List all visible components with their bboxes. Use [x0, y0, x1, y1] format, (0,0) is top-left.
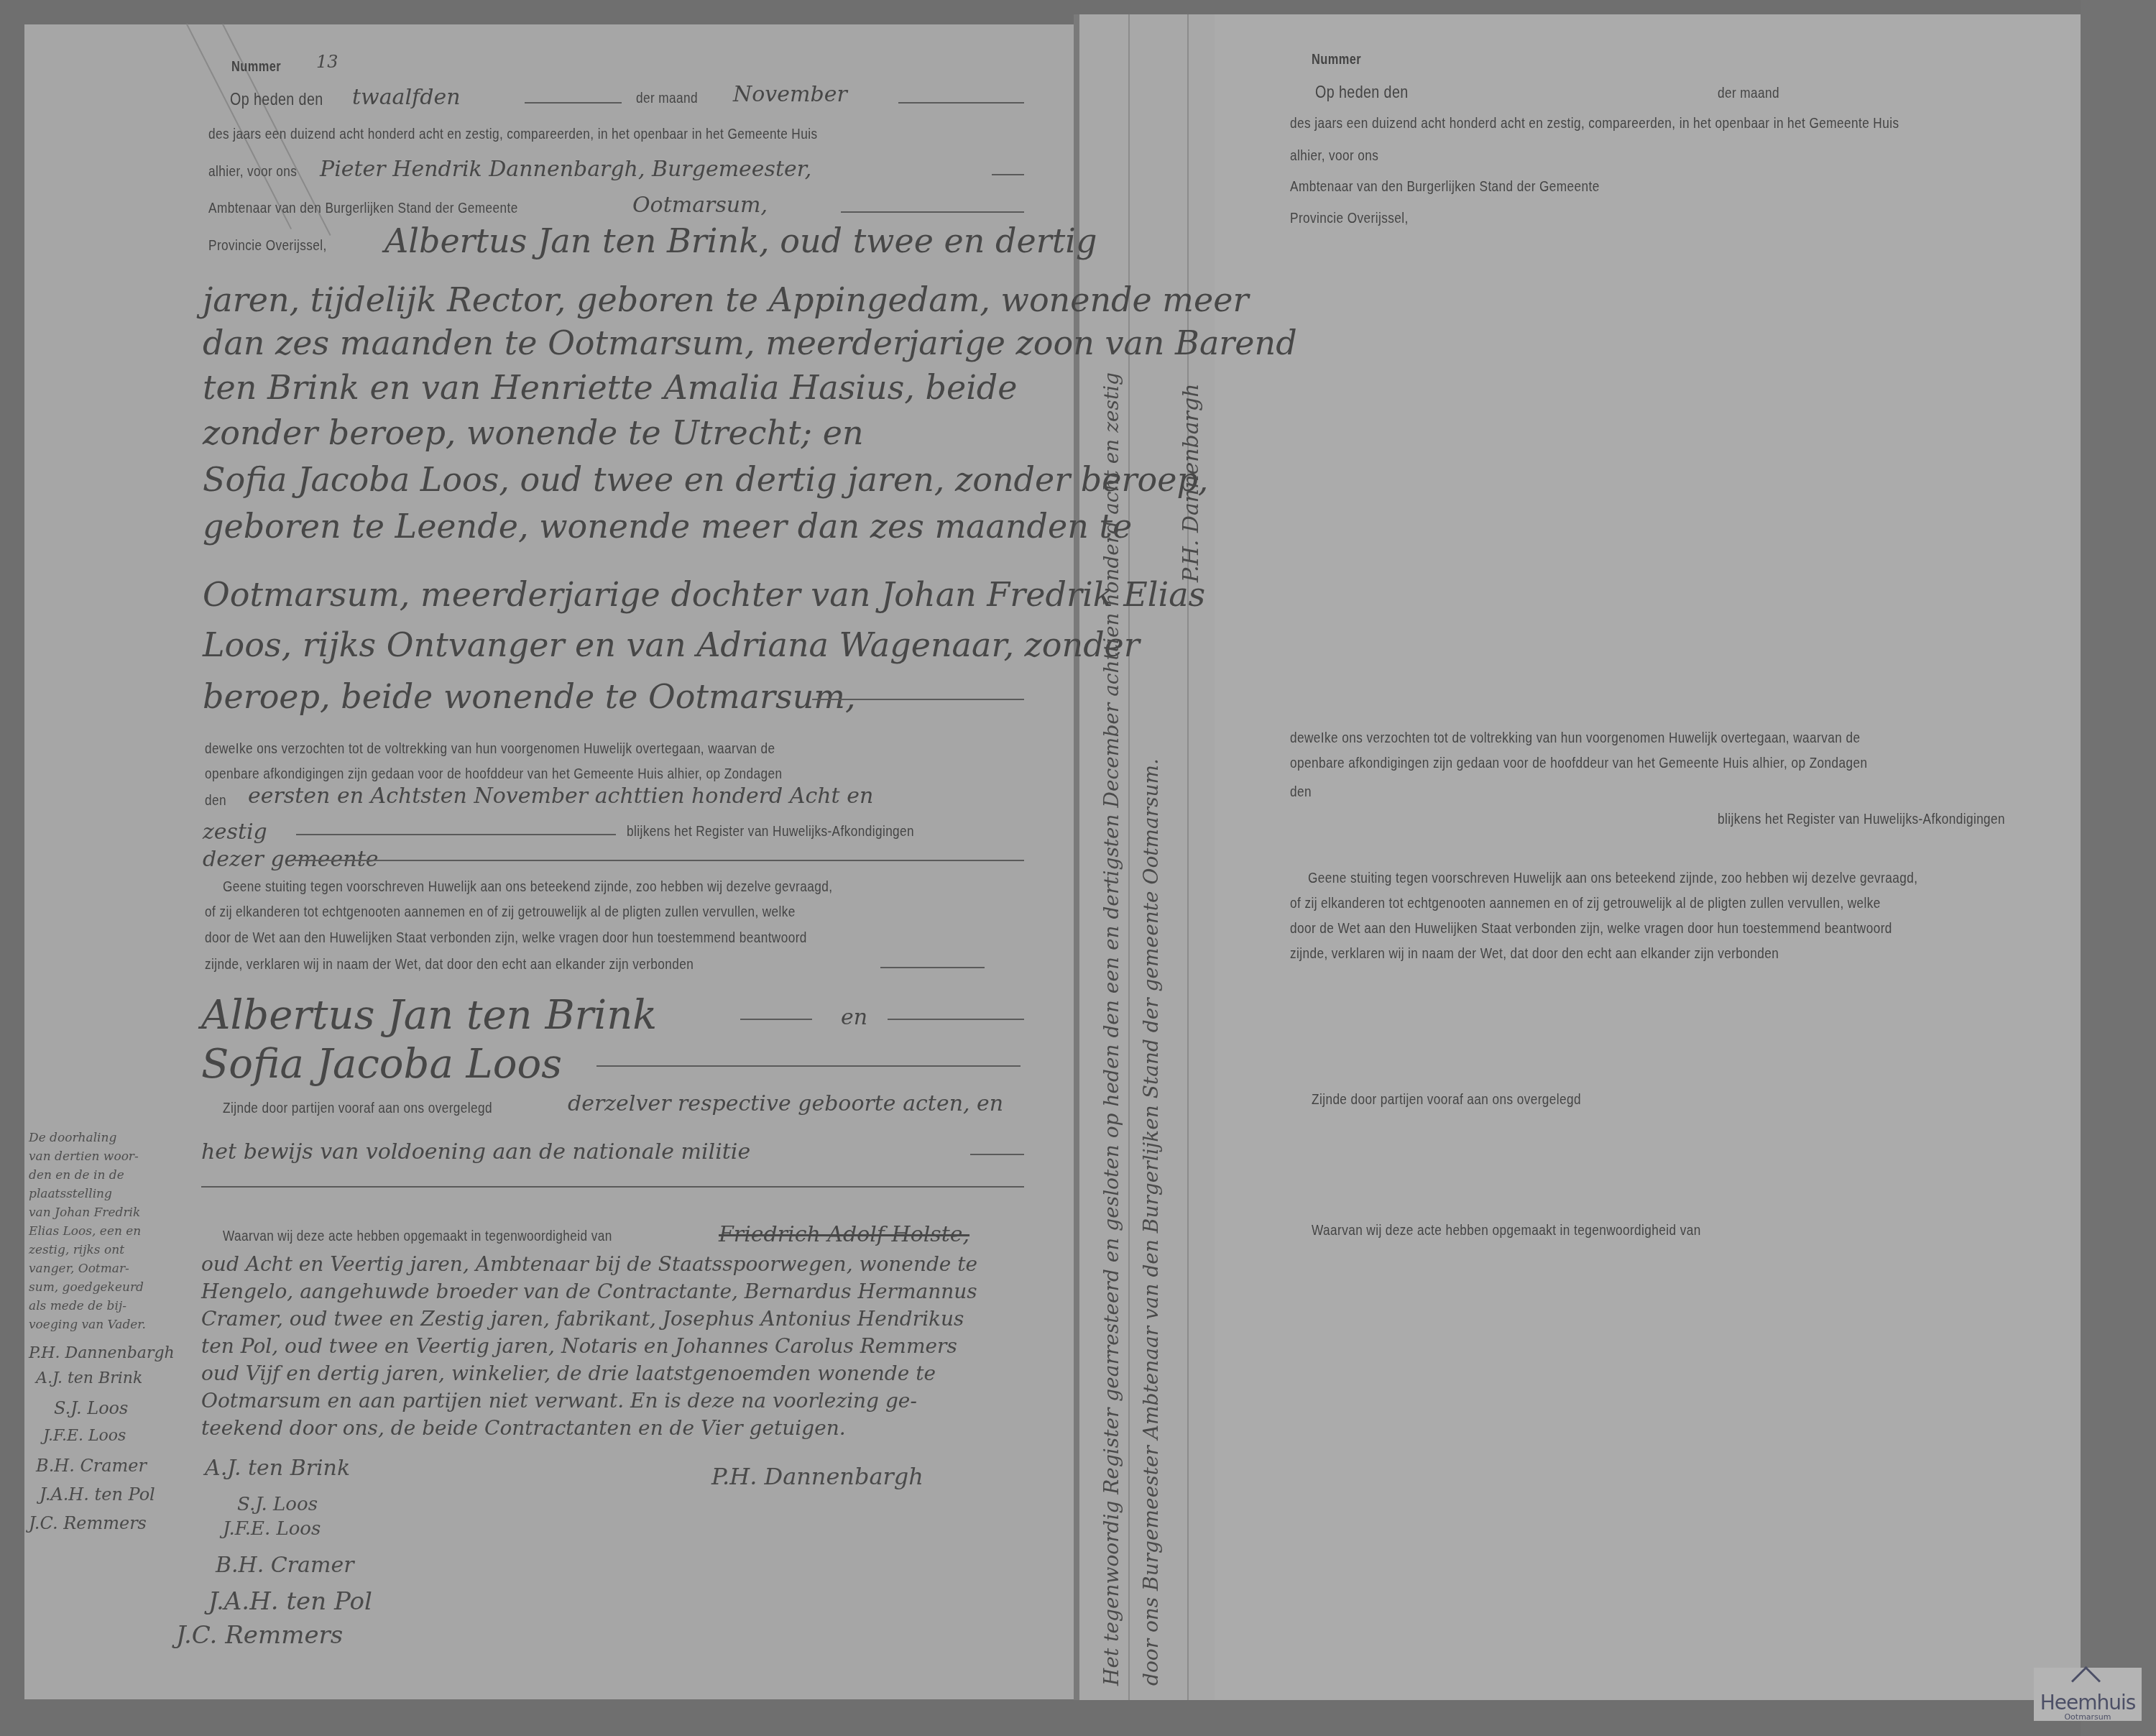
note-line: den en de in de [29, 1168, 124, 1182]
fill-rule [970, 1154, 1024, 1155]
note-line: van Johan Fredrik [29, 1205, 140, 1220]
para2-den: den [205, 792, 226, 809]
bride-name: Sofia Jacoba Loos [201, 1041, 562, 1088]
signature: J.A.H. ten Pol [208, 1587, 372, 1616]
line3-right: alhier, voor ons [1290, 147, 1378, 165]
line1-prefix-right: Op heden den [1315, 83, 1409, 103]
registrar-name: Pieter Hendrik Dannenbargh, Burgemeester… [320, 157, 811, 182]
line1-month-label: der maand [636, 90, 698, 107]
note-line: De doorhaling [29, 1131, 116, 1145]
note-line: als mede de bij- [29, 1299, 126, 1313]
para2-line: deweIke ons verzochten tot de voltrekkin… [205, 740, 775, 758]
para2-line-right: openbare afkondigingen zijn gedaan voor … [1290, 755, 1867, 772]
note-line: sum, goedgekeurd [29, 1280, 144, 1295]
closing-note-line2: door ons Burgemeester Ambtenaar van den … [1139, 758, 1163, 1686]
body-line: geboren te Leende, wonende meer dan zes … [203, 507, 1132, 546]
para4-right: Zijnde door partijen vooraf aan ons over… [1312, 1091, 1581, 1108]
note-signature: B.H. Cramer [36, 1456, 147, 1476]
para2-line-right: den [1290, 784, 1312, 801]
closing-note-line1: Het tegenwoordig Register gearresteerd e… [1100, 372, 1123, 1686]
fill-rule [740, 1019, 812, 1020]
witness-line: Hengelo, aangehuwde broeder van de Contr… [201, 1280, 977, 1303]
note-line: zestig, rijks ont [29, 1243, 124, 1257]
logo-place: Ootmarsum [2034, 1712, 2142, 1722]
heemhuis-logo: Heemhuis Ootmarsum [2034, 1668, 2142, 1721]
para3-line-right: door de Wet aan den Huwelijken Staat ver… [1290, 920, 1892, 937]
para5-prefix: Waarvan wij deze acte hebben opgemaakt i… [223, 1228, 612, 1245]
body-line: Loos, rijks Ontvanger en van Adriana Wag… [203, 625, 1140, 664]
proclamation-dates: eersten en Achtsten November achttien ho… [248, 784, 873, 809]
line3-prefix: alhier, voor ons [208, 163, 297, 180]
signature: J.C. Remmers [176, 1621, 343, 1650]
line5-right: Provincie Overijssel, [1290, 210, 1409, 227]
documents-submitted: derzelver respective geboorte acten, en [568, 1091, 1003, 1116]
note-signature: P.H. Dannenbargh [29, 1344, 175, 1362]
signature: A.J. ten Brink [205, 1456, 350, 1481]
note-line: vanger, Ootmar- [29, 1262, 129, 1276]
body-line: beroep, beide wonende te Ootmarsum, [203, 677, 856, 716]
para3-line-right: Geene stuiting tegen voorschreven Huweli… [1308, 870, 1917, 887]
day-value: twaalfden [352, 85, 460, 110]
fill-rule [525, 102, 622, 104]
fill-rule [841, 211, 1024, 213]
right-page [1215, 14, 2081, 1700]
fill-rule [296, 834, 616, 835]
para4-prefix: Zijnde door partijen vooraf aan ons over… [223, 1100, 492, 1117]
fill-rule [880, 967, 985, 968]
line1-prefix: Op heden den [230, 90, 323, 110]
fill-rule [295, 860, 1024, 861]
body-line: dan zes maanden te Ootmarsum, meerderjar… [203, 323, 1297, 362]
note-signature: J.C. Remmers [29, 1513, 147, 1533]
para3-line-right: zijnde, verklaren wij in naam der Wet, d… [1290, 945, 1779, 963]
closing-signature: P.H. Dannenbargh [1179, 384, 1204, 583]
note-line: van dertien woor- [29, 1149, 139, 1164]
para3-line: Geene stuiting tegen voorschreven Huweli… [223, 878, 832, 896]
number-value: 13 [316, 52, 338, 72]
logo-name: Heemhuis [2034, 1691, 2142, 1714]
line2-right: des jaars een duizend acht honderd acht … [1290, 115, 1899, 132]
fill-rule [596, 1065, 1021, 1067]
para2-line: openbare afkondigingen zijn gedaan voor … [205, 766, 782, 783]
witness-line: Ootmarsum en aan partijen niet verwant. … [201, 1389, 917, 1413]
line4-prefix: Ambtenaar van den Burgerlijken Stand der… [208, 200, 518, 217]
witness-line: oud Vijf en dertig jaren, winkelier, de … [201, 1361, 936, 1385]
groom-intro: Albertus Jan ten Brink, oud twee en dert… [384, 221, 1097, 260]
signature: B.H. Cramer [216, 1553, 354, 1578]
para3-line: of zij elkanderen tot echtgenooten aanne… [205, 904, 796, 921]
proclamation-year: zestig [203, 819, 267, 845]
note-signature: J.F.E. Loos [43, 1427, 126, 1445]
conjunction: en [841, 1005, 867, 1030]
signature: S.J. Loos [237, 1494, 318, 1515]
para2-line-right: deweIke ons verzochten tot de voltrekkin… [1290, 730, 1860, 747]
column-rule [1128, 14, 1130, 1700]
left-page [24, 24, 1074, 1699]
witness-line: oud Acht en Veertig jaren, Ambtenaar bij… [201, 1252, 977, 1276]
registrar-signature: P.H. Dannenbargh [711, 1463, 923, 1490]
note-signature: S.J. Loos [54, 1398, 128, 1418]
note-line: plaatsstelling [29, 1187, 112, 1201]
line1-month-label-right: der maand [1718, 85, 1779, 102]
groom-name: Albertus Jan ten Brink [201, 992, 657, 1039]
note-line: Elias Loos, een en [29, 1224, 141, 1239]
line2: des jaars een duizend acht honderd acht … [208, 126, 817, 143]
month-value: November [733, 82, 847, 107]
page-edge [2081, 0, 2156, 1736]
fill-rule [201, 1186, 1024, 1188]
witness-line: teekend door ons, de beide Contractanten… [201, 1416, 846, 1440]
body-line: Ootmarsum, meerderjarige dochter van Joh… [203, 575, 1205, 614]
witness-line: Cramer, oud twee en Zestig jaren, fabrik… [201, 1307, 964, 1331]
body-line: zonder beroep, wonende te Utrecht; en [203, 413, 864, 452]
fill-rule [812, 699, 1024, 700]
fill-rule [992, 174, 1024, 175]
column-rule [1187, 14, 1189, 1700]
documents-submitted-2: het bewijs van voldoening aan de nationa… [201, 1139, 750, 1165]
signature: J.F.E. Loos [223, 1518, 321, 1540]
note-signature: J.A.H. ten Pol [40, 1484, 155, 1505]
register-reference-right: blijkens het Register van Huwelijks-Afko… [1718, 811, 2005, 828]
witness-line: ten Pol, oud twee en Veertig jaren, Nota… [201, 1334, 957, 1358]
body-line: ten Brink en van Henriette Amalia Hasius… [203, 368, 1018, 407]
body-line: jaren, tijdelijk Rector, geboren te Appi… [203, 280, 1248, 319]
municipality: Ootmarsum, [632, 193, 768, 218]
fill-rule [888, 1019, 1024, 1020]
line5-prefix: Provincie Overijssel, [208, 237, 327, 254]
para3-line-right: of zij elkanderen tot echtgenooten aanne… [1290, 895, 1881, 912]
para3-line: door de Wet aan den Huwelijken Staat ver… [205, 929, 807, 947]
note-line: voeging van Vader. [29, 1318, 146, 1332]
fill-rule [898, 102, 1024, 104]
number-label-right: Nummer [1312, 52, 1361, 68]
number-label: Nummer [231, 59, 281, 75]
para3-line: zijnde, verklaren wij in naam der Wet, d… [205, 956, 694, 973]
para5-right: Waarvan wij deze acte hebben opgemaakt i… [1312, 1222, 1701, 1239]
note-signature: A.J. ten Brink [36, 1369, 142, 1387]
margin-note: De doorhaling van dertien woor- den en d… [29, 1129, 146, 1334]
register-reference: blijkens het Register van Huwelijks-Afko… [627, 823, 914, 840]
witness-1-name: Friedrich Adolf Holste, [719, 1222, 969, 1247]
body-line: Sofia Jacoba Loos, oud twee en dertig ja… [203, 460, 1209, 499]
line4-right: Ambtenaar van den Burgerlijken Stand der… [1290, 178, 1600, 196]
